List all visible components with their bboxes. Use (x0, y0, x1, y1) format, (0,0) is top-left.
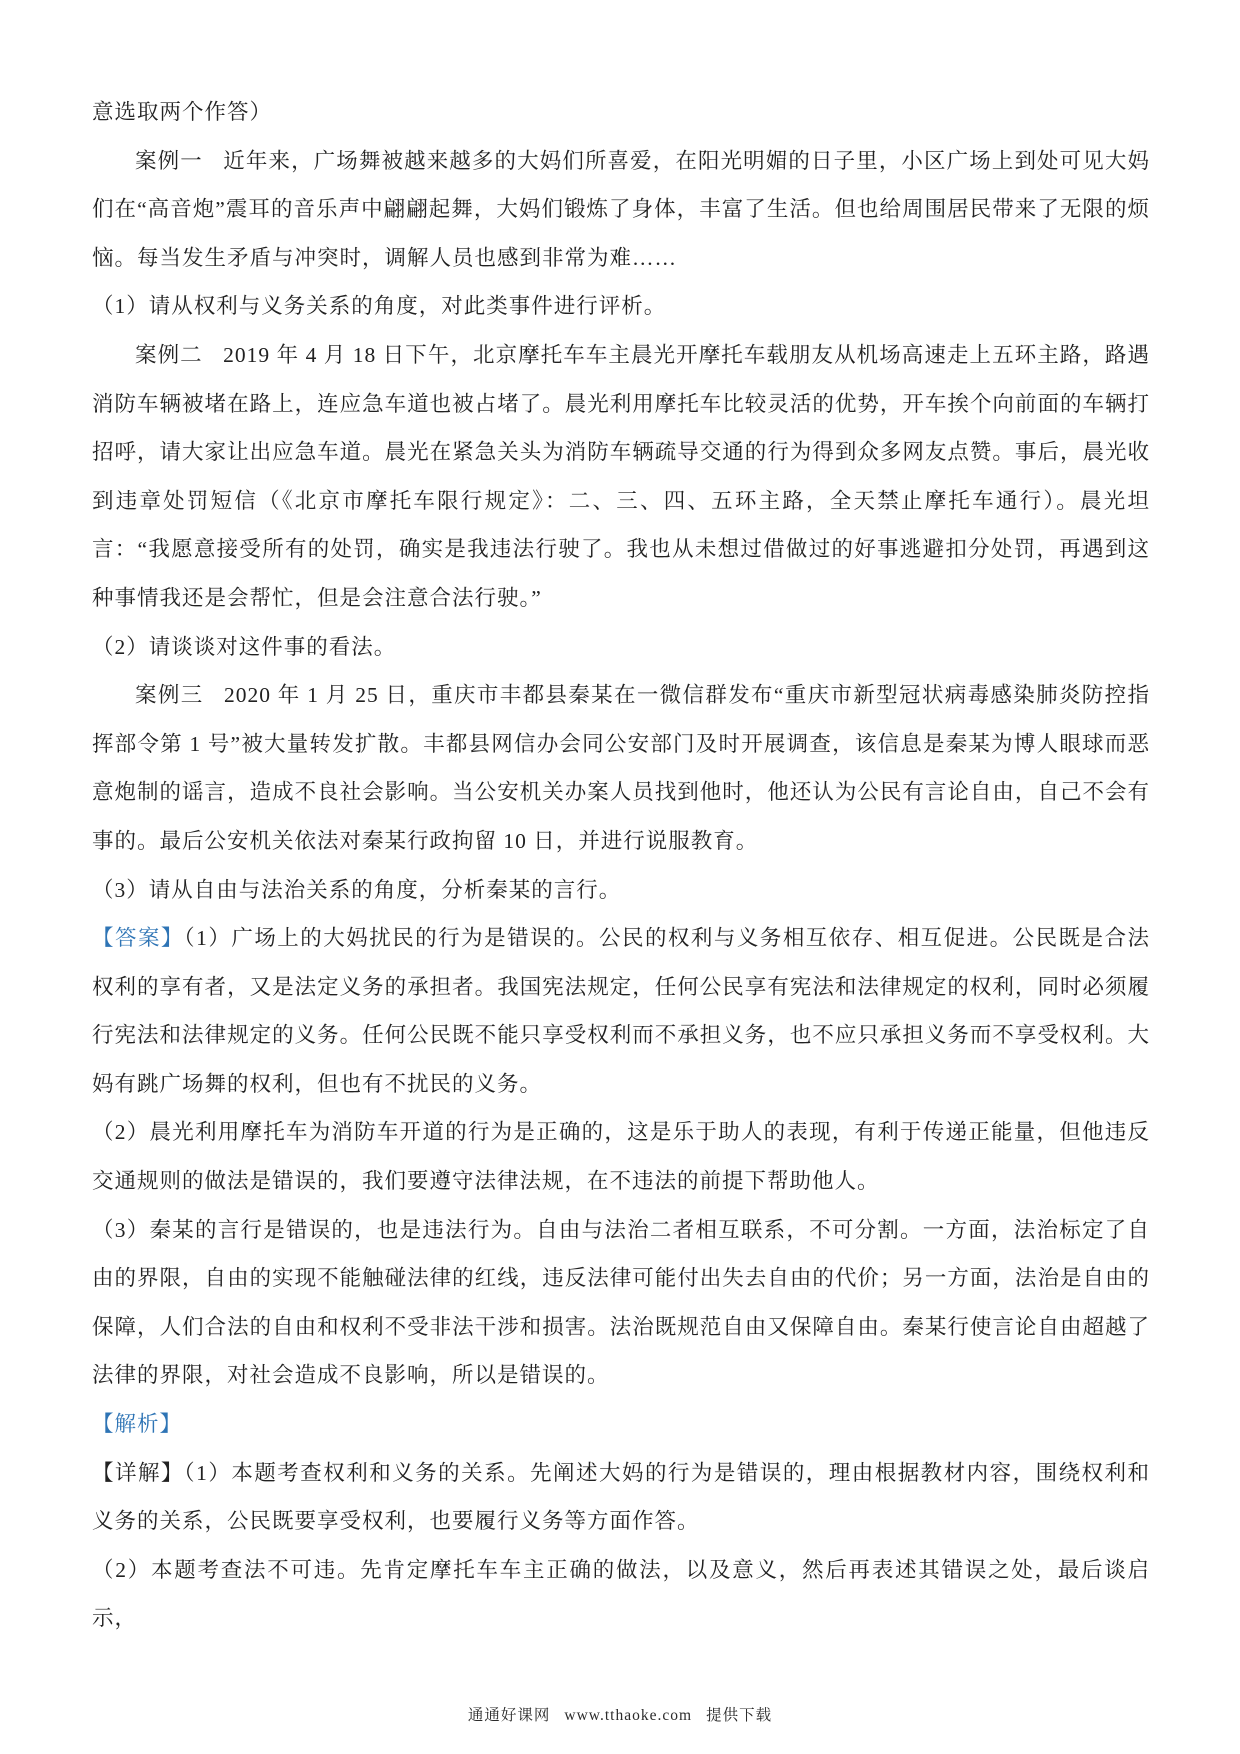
document-body: 意选取两个作答） 案例一近年来，广场舞被越来越多的大妈们所喜爱，在阳光明媚的日子… (92, 88, 1150, 1643)
case3-title: 案例三 (135, 683, 204, 707)
case1-text: 近年来，广场舞被越来越多的大妈们所喜爱，在阳光明媚的日子里，小区广场上到处可见大… (92, 149, 1150, 270)
case1-paragraph: 案例一近年来，广场舞被越来越多的大妈们所喜爱，在阳光明媚的日子里，小区广场上到处… (92, 137, 1150, 283)
page-footer: 通通好课网www.tthaoke.com提供下载 (0, 1703, 1240, 1725)
answer-paragraph-1: 【答案】（1）广场上的大妈扰民的行为是错误的。公民的权利与义务相互依存、相互促进… (92, 914, 1150, 1108)
continuation-line: 意选取两个作答） (92, 88, 1150, 137)
case3-paragraph: 案例三2020 年 1 月 25 日，重庆市丰都县秦某在一微信群发布“重庆市新型… (92, 671, 1150, 865)
case2-paragraph: 案例二2019 年 4 月 18 日下午，北京摩托车车主晨光开摩托车载朋友从机场… (92, 331, 1150, 623)
footer-url: www.tthaoke.com (564, 1707, 692, 1724)
case2-text: 2019 年 4 月 18 日下午，北京摩托车车主晨光开摩托车载朋友从机场高速走… (92, 343, 1150, 610)
question-3: （3）请从自由与法治关系的角度，分析秦某的言行。 (92, 866, 1150, 915)
answer-label: 【答案】 (92, 926, 184, 950)
case1-title: 案例一 (135, 149, 203, 173)
detail-part1-text: （1）本题考查权利和义务的关系。先阐述大妈的行为是错误的，理由根据教材内容，围绕… (92, 1461, 1150, 1534)
case2-title: 案例二 (135, 343, 203, 367)
answer-paragraph-3: （3）秦某的言行是错误的，也是违法行为。自由与法治二者相互联系，不可分割。一方面… (92, 1206, 1150, 1400)
footer-suffix: 提供下载 (706, 1707, 772, 1724)
question-2: （2）请谈谈对这件事的看法。 (92, 623, 1150, 672)
answer-part1-text: （1）广场上的大妈扰民的行为是错误的。公民的权利与义务相互依存、相互促进。公民既… (92, 926, 1150, 1096)
case3-text: 2020 年 1 月 25 日，重庆市丰都县秦某在一微信群发布“重庆市新型冠状病… (92, 683, 1150, 853)
footer-site-name: 通通好课网 (468, 1707, 551, 1724)
analysis-label: 【解析】 (92, 1412, 182, 1436)
detail-label: 【详解】 (92, 1461, 184, 1485)
detail-paragraph-2: （2）本题考查法不可违。先肯定摩托车车主正确的做法，以及意义，然后再表述其错误之… (92, 1546, 1150, 1643)
analysis-heading: 【解析】 (92, 1400, 1150, 1449)
question-1: （1）请从权利与义务关系的角度，对此类事件进行评析。 (92, 282, 1150, 331)
answer-paragraph-2: （2）晨光利用摩托车为消防车开道的行为是正确的，这是乐于助人的表现，有利于传递正… (92, 1108, 1150, 1205)
detail-paragraph-1: 【详解】（1）本题考查权利和义务的关系。先阐述大妈的行为是错误的，理由根据教材内… (92, 1449, 1150, 1546)
